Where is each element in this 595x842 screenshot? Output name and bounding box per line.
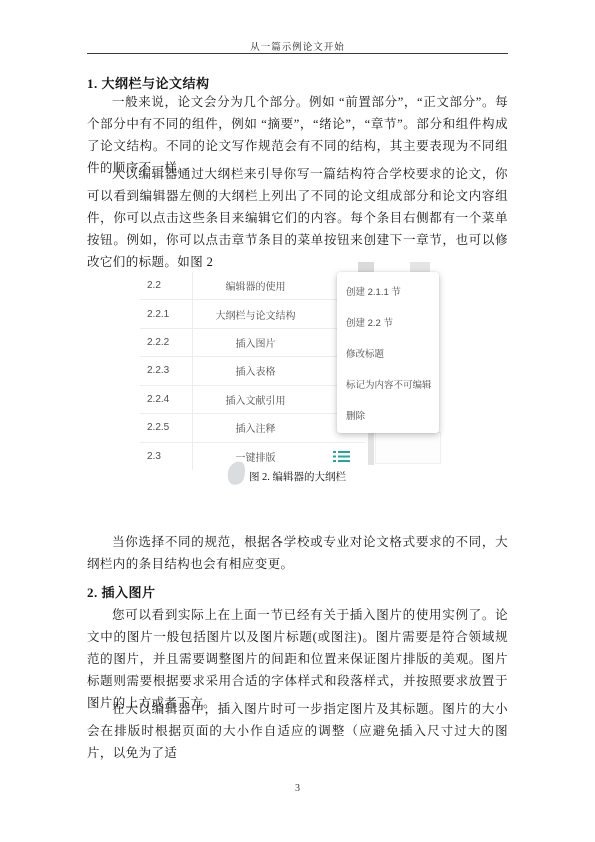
- background-ui-fragment: [375, 432, 441, 464]
- header-divider: [87, 53, 508, 54]
- page-number: 3: [0, 783, 595, 794]
- after-figure-paragraph: 当你选择不同的规范，根据各学校或专业对论文格式要求的不同，大纲栏内的条目结构也会…: [87, 531, 508, 575]
- outline-row-title: 插入图片: [193, 329, 318, 356]
- outline-row-title: 插入注释: [193, 414, 318, 441]
- outline-row-number: 2.2.5: [140, 414, 193, 441]
- section-2-heading: 2. 插入图片: [87, 582, 508, 601]
- outline-row-title: 插入文献引用: [193, 386, 318, 413]
- menu-item-rename: 修改标题: [337, 339, 439, 370]
- section-2-paragraph-2: 在大以编辑器中，插入图片时可一步指定图片及其标题。图片的大小会在排版时根据页面的…: [87, 698, 508, 764]
- section-1-paragraph-2: 大以编辑器通过大纲栏来引导你写一篇结构符合学校要求的论文，你可以看到编辑器左侧的…: [87, 163, 508, 273]
- outline-row-number: 2.2.3: [140, 357, 193, 384]
- document-page: 从一篇示例论文开始 1. 大纲栏与论文结构 一般来说，论文会分为几个部分。例如 …: [0, 0, 595, 842]
- running-header: 从一篇示例论文开始: [0, 39, 595, 53]
- outline-row: 2.2.2 插入图片: [140, 329, 365, 357]
- outline-row-number: 2.2: [140, 272, 193, 299]
- menu-item-create-section: 创建 2.2 节: [337, 308, 439, 339]
- section-1-heading: 1. 大纲栏与论文结构: [87, 73, 508, 92]
- outline-row-number: 2.2.1: [140, 300, 193, 327]
- figure-outline-screenshot: 2.2 编辑器的使用 2.2.1 大纲栏与论文结构 2.2.2 插入图片 2.2…: [137, 262, 455, 470]
- outline-row-number: 2.2.2: [140, 329, 193, 356]
- outline-context-menu: 创建 2.1.1 节 创建 2.2 节 修改标题 标记为内容不可编辑 删除: [337, 272, 439, 433]
- outline-row: 2.3 一键排版: [140, 443, 365, 470]
- outline-row-number: 2.2.4: [140, 386, 193, 413]
- outline-row: 2.2.3 插入表格: [140, 357, 365, 385]
- outline-row-title: 大纲栏与论文结构: [193, 300, 318, 327]
- outline-row-title: 编辑器的使用: [193, 272, 318, 299]
- background-ui-fragment: [358, 262, 374, 272]
- background-ui-fragment: [410, 262, 430, 272]
- menu-item-create-subsection: 创建 2.1.1 节: [337, 277, 439, 308]
- figure-caption: 图 2. 编辑器的大纲栏: [87, 469, 508, 484]
- outline-row: 2.2.5 插入注释: [140, 414, 365, 442]
- outline-panel: 2.2 编辑器的使用 2.2.1 大纲栏与论文结构 2.2.2 插入图片 2.2…: [140, 272, 365, 470]
- outline-row: 2.2.1 大纲栏与论文结构: [140, 300, 365, 328]
- outline-row-title: 插入表格: [193, 357, 318, 384]
- menu-item-mark-readonly: 标记为内容不可编辑: [337, 370, 439, 401]
- outline-row-title: 一键排版: [193, 443, 318, 470]
- background-ui-fragment: [368, 432, 374, 465]
- format-list-icon: [333, 450, 350, 463]
- menu-item-delete: 删除: [337, 401, 439, 432]
- outline-row-number: 2.3: [140, 443, 193, 470]
- outline-row: 2.2.4 插入文献引用: [140, 386, 365, 414]
- outline-row: 2.2 编辑器的使用: [140, 272, 365, 300]
